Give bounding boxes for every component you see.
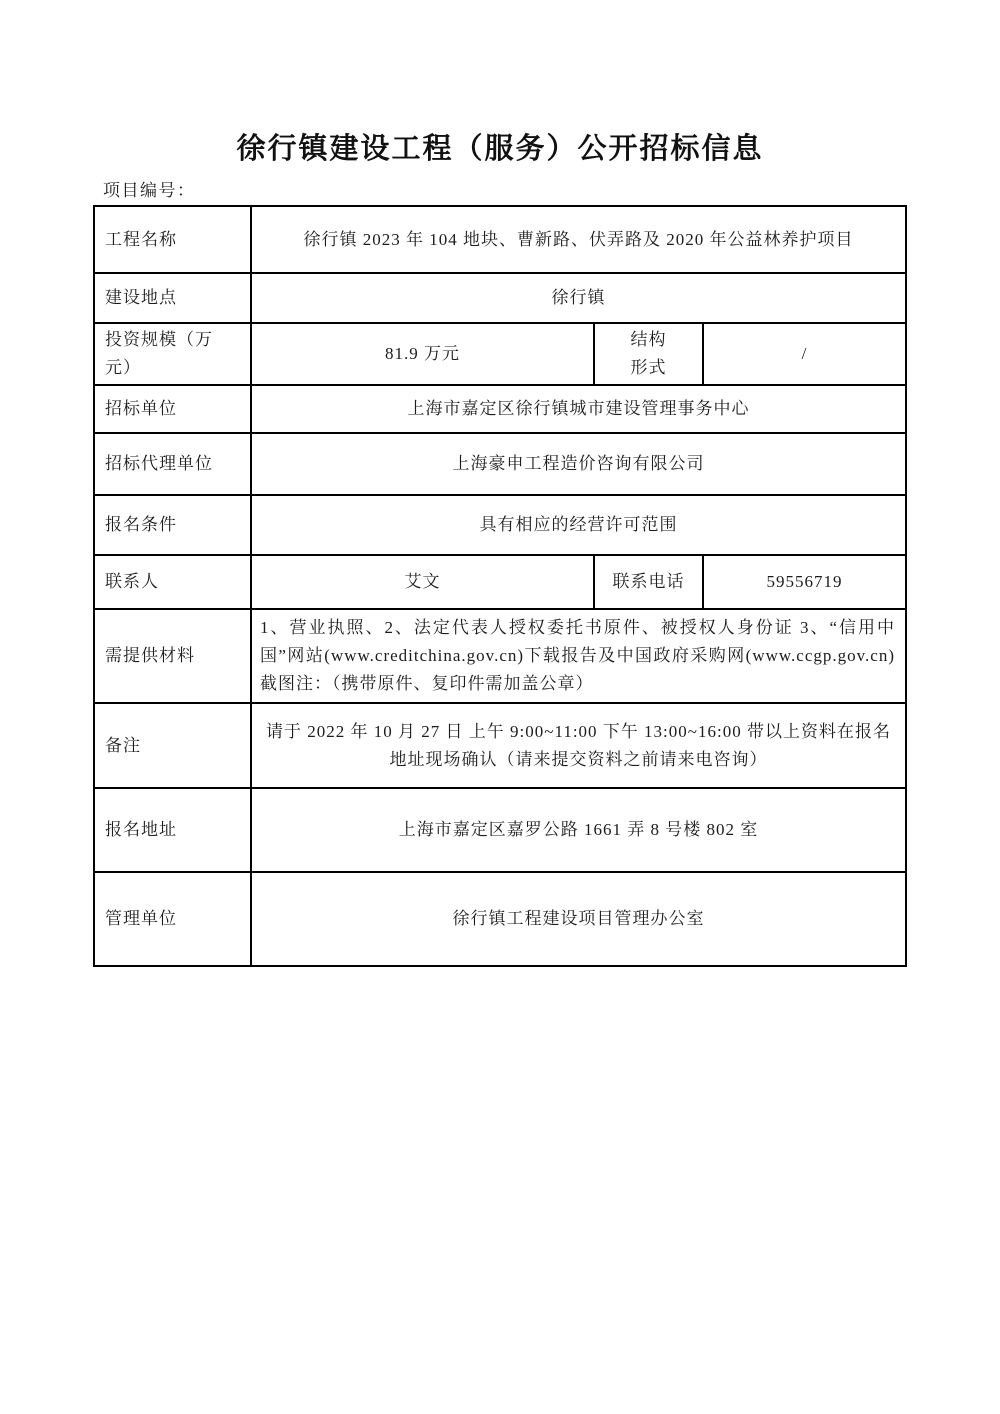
table-row-agency-unit: 招标代理单位 上海豪申工程造价咨询有限公司 bbox=[94, 433, 906, 495]
project-number-label: 项目编号： bbox=[103, 176, 196, 201]
row-label: 招标代理单位 bbox=[94, 433, 251, 495]
row-subvalue: 59556719 bbox=[703, 555, 906, 609]
table-row-required-materials: 需提供材料 1、营业执照、2、法定代表人授权委托书原件、被授权人身份证 3、“信… bbox=[94, 609, 906, 703]
row-value: 艾文 bbox=[251, 555, 594, 609]
row-value: 请于 2022 年 10 月 27 日 上午 9:00~11:00 下午 13:… bbox=[251, 703, 906, 788]
row-label: 管理单位 bbox=[94, 872, 251, 966]
bid-info-table: 工程名称 徐行镇 2023 年 104 地块、曹新路、伏弄路及 2020 年公益… bbox=[93, 205, 907, 967]
row-value: 上海市嘉定区徐行镇城市建设管理事务中心 bbox=[251, 385, 906, 433]
row-label: 需提供材料 bbox=[94, 609, 251, 703]
table-row-management-unit: 管理单位 徐行镇工程建设项目管理办公室 bbox=[94, 872, 906, 966]
row-value: 上海市嘉定区嘉罗公路 1661 弄 8 号楼 802 室 bbox=[251, 788, 906, 872]
table-row-tender-unit: 招标单位 上海市嘉定区徐行镇城市建设管理事务中心 bbox=[94, 385, 906, 433]
row-label: 建设地点 bbox=[94, 273, 251, 323]
table-row-location: 建设地点 徐行镇 bbox=[94, 273, 906, 323]
row-subvalue: / bbox=[703, 323, 906, 385]
row-sublabel: 联系电话 bbox=[594, 555, 703, 609]
row-value: 徐行镇 2023 年 104 地块、曹新路、伏弄路及 2020 年公益林养护项目 bbox=[251, 206, 906, 273]
row-label: 招标单位 bbox=[94, 385, 251, 433]
table-row-investment: 投资规模（万 元） 81.9 万元 结构 形式 / bbox=[94, 323, 906, 385]
row-value: 徐行镇工程建设项目管理办公室 bbox=[251, 872, 906, 966]
table-row-remarks: 备注 请于 2022 年 10 月 27 日 上午 9:00~11:00 下午 … bbox=[94, 703, 906, 788]
table-row-contact: 联系人 艾文 联系电话 59556719 bbox=[94, 555, 906, 609]
row-label: 报名条件 bbox=[94, 495, 251, 555]
row-value: 上海豪申工程造价咨询有限公司 bbox=[251, 433, 906, 495]
row-value: 徐行镇 bbox=[251, 273, 906, 323]
row-label: 报名地址 bbox=[94, 788, 251, 872]
table-row-registration-condition: 报名条件 具有相应的经营许可范围 bbox=[94, 495, 906, 555]
page-title: 徐行镇建设工程（服务）公开招标信息 bbox=[0, 126, 1000, 167]
row-value: 具有相应的经营许可范围 bbox=[251, 495, 906, 555]
document-page: 徐行镇建设工程（服务）公开招标信息 项目编号： 工程名称 徐行镇 2023 年 … bbox=[0, 0, 1000, 1414]
row-sublabel: 结构 形式 bbox=[594, 323, 703, 385]
row-label: 工程名称 bbox=[94, 206, 251, 273]
row-value: 1、营业执照、2、法定代表人授权委托书原件、被授权人身份证 3、“信用中国”网站… bbox=[251, 609, 906, 703]
row-label: 投资规模（万 元） bbox=[94, 323, 251, 385]
table-row-project-name: 工程名称 徐行镇 2023 年 104 地块、曹新路、伏弄路及 2020 年公益… bbox=[94, 206, 906, 273]
row-label: 联系人 bbox=[94, 555, 251, 609]
row-label: 备注 bbox=[94, 703, 251, 788]
row-value: 81.9 万元 bbox=[251, 323, 594, 385]
table-row-registration-address: 报名地址 上海市嘉定区嘉罗公路 1661 弄 8 号楼 802 室 bbox=[94, 788, 906, 872]
